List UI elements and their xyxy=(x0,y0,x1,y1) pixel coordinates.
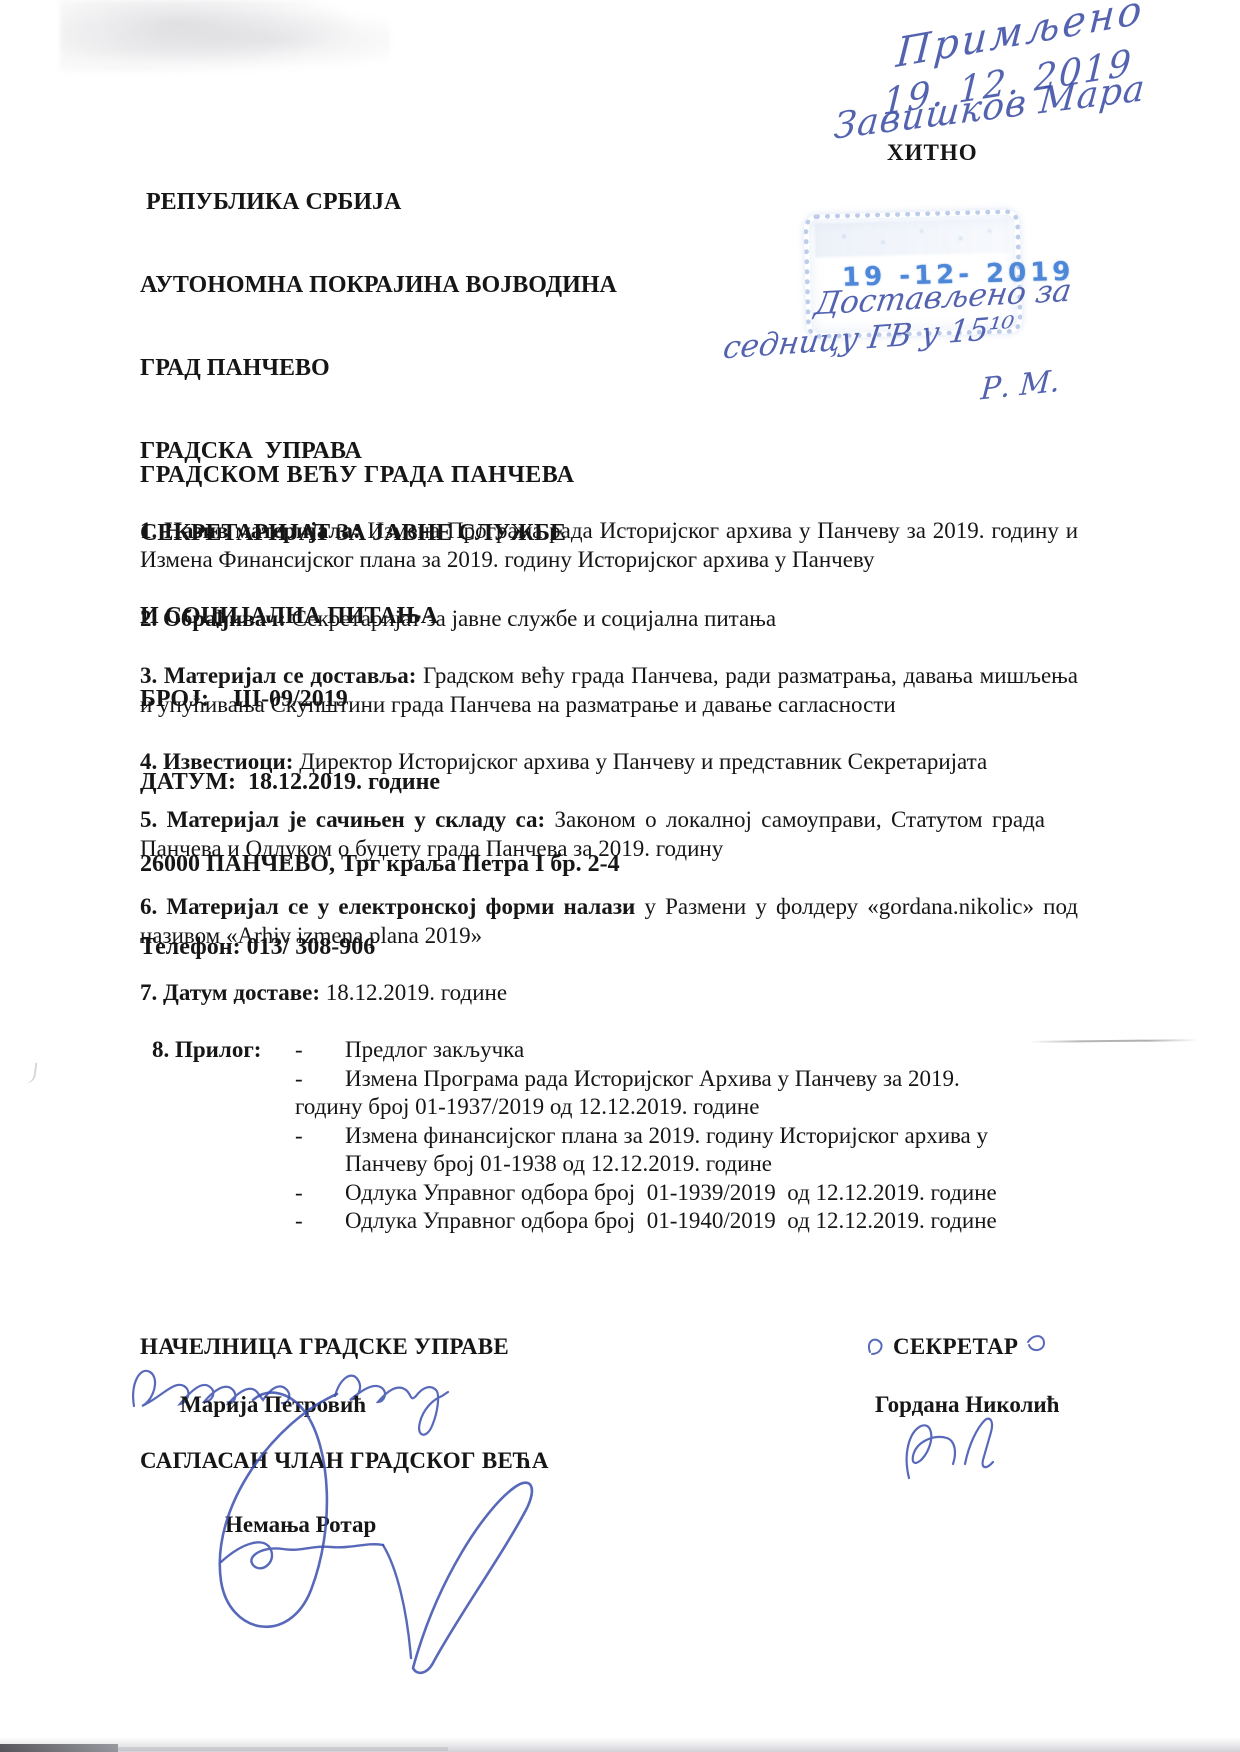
letterhead-line: ГРАДСКА УПРАВА xyxy=(140,438,620,466)
recipient-title: ГРАДСКОМ ВЕЋУ ГРАДА ПАНЧЕВА xyxy=(140,462,575,489)
attachment-text: Одлука Управног одбора број 01-1939/2019… xyxy=(345,1180,997,1205)
item-7: 7. Датум доставе: 18.12.2019. године xyxy=(140,978,1078,1007)
scanned-document-page: Примљено 19. 12. 2019 Завишков Мара ХИТН… xyxy=(0,0,1240,1752)
item-1-label: 1. Назив материјала: xyxy=(140,518,361,543)
attachment-text: Одлука Управног одбора број 01-1940/2019… xyxy=(345,1208,997,1233)
item-3: 3. Материјал се доставља: Градском већу … xyxy=(140,661,1078,719)
scan-bottom-streak xyxy=(118,1747,448,1751)
dash-bullet: - xyxy=(295,1179,303,1208)
attachment-item: -Одлука Управног одбора број 01-1940/201… xyxy=(295,1207,1075,1236)
scan-smudge xyxy=(60,0,390,72)
item-2-text: Секретаријат за јавне службе и социјална… xyxy=(292,606,776,631)
letterhead-line: ГРАД ПАНЧЕВО xyxy=(140,355,620,383)
attachment-item: -Измена финансијског плана за 2019. годи… xyxy=(295,1122,1025,1179)
item-4-text: Директор Историјског архива у Панчеву и … xyxy=(299,749,987,774)
item-8-label: 8. Прилог: xyxy=(152,1036,261,1065)
item-3-label: 3. Материјал се доставља: xyxy=(140,663,416,688)
pen-marks-around-secretary xyxy=(862,1330,1042,1360)
item-4: 4. Известиоци: Директор Историјског архи… xyxy=(140,747,1078,776)
attachments-list: -Предлог закључка -Измена Програма рада … xyxy=(295,1036,1150,1236)
attachment-item: -Предлог закључка xyxy=(295,1036,1075,1065)
item-6-label: 6. Материјал се у електронској форми нал… xyxy=(140,894,635,919)
urgent-label: ХИТНО xyxy=(887,140,978,166)
item-7-text: 18.12.2019. године xyxy=(326,980,507,1005)
attachment-item: -Одлука Управног одбора број 01-1939/201… xyxy=(295,1179,1075,1208)
item-2-label: 2. Обрађивач: xyxy=(140,606,286,631)
item-2: 2. Обрађивач: Секретаријат за јавне служ… xyxy=(140,604,1078,633)
item-5-label: 5. Материјал је сачињен у складу са: xyxy=(140,807,545,832)
dash-bullet: - xyxy=(295,1122,303,1151)
dash-bullet: - xyxy=(295,1207,303,1236)
attachment-item: -Измена Програма рада Историјског Архива… xyxy=(295,1065,995,1122)
item-7-label: 7. Датум доставе: xyxy=(140,980,320,1005)
item-5: 5. Материјал је сачињен у складу са: Зак… xyxy=(140,805,1045,863)
margin-pen-mark xyxy=(25,1061,38,1084)
handwritten-initials: Р. М. xyxy=(980,364,1062,408)
item-1: 1. Назив материјала: Измена Програма рад… xyxy=(140,516,1078,574)
attachment-text: Измена финансијског плана за 2019. годин… xyxy=(345,1123,988,1177)
letterhead-line: АУТОНОМНА ПОКРАЈИНА ВОЈВОДИНА xyxy=(140,272,620,300)
item-6: 6. Материјал се у електронској форми нал… xyxy=(140,892,1078,950)
letterhead-line: РЕПУБЛИКА СРБИЈА xyxy=(140,189,620,217)
dash-bullet: - xyxy=(295,1065,303,1094)
letterhead: РЕПУБЛИКА СРБИЈА АУТОНОМНА ПОКРАЈИНА ВОЈ… xyxy=(140,134,620,1017)
stamp-texture xyxy=(815,218,1010,257)
scan-bottom-corner xyxy=(0,1744,118,1752)
item-4-label: 4. Известиоци: xyxy=(140,749,293,774)
signature-gordana-nikolic xyxy=(893,1406,1023,1494)
attachment-text: Предлог закључка xyxy=(345,1037,524,1062)
item-8: 8. Прилог: -Предлог закључка -Измена Про… xyxy=(140,1036,1150,1236)
dash-bullet: - xyxy=(295,1036,303,1065)
signature-nemanja-rotar xyxy=(185,1366,590,1676)
attachment-text: Измена Програма рада Историјског Архива … xyxy=(295,1066,960,1120)
